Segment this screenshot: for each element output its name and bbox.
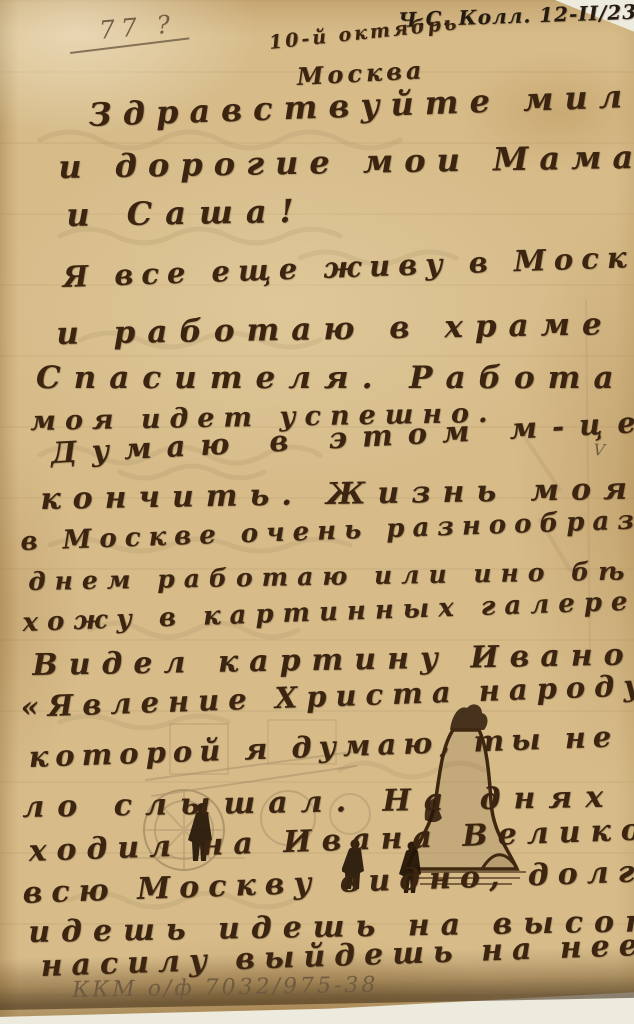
scanned-letter-page: { "annotations": { "top_left_pencil": "7… bbox=[0, 0, 634, 1024]
margin-check-mark: V bbox=[593, 440, 606, 460]
letter-line: и Саша! bbox=[66, 192, 307, 234]
letter-line: Спасителя. Работа bbox=[36, 360, 627, 396]
